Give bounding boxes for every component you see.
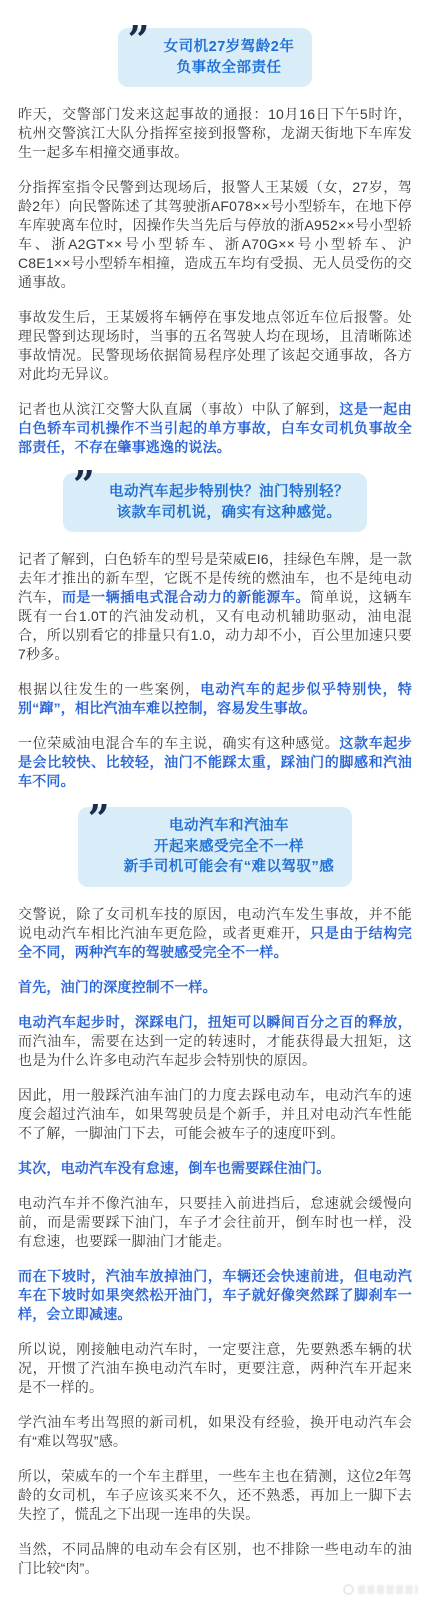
weibo-watermark-icon [343, 1584, 418, 1595]
body-text: 学汽油车考出驾照的新司机，如果没有经验，换开电动汽车会有“难以驾驭”感。 [18, 1414, 412, 1449]
paragraph: 交警说，除了女司机车技的原因，电动汽车发生事故，并不能说电动汽车相比汽油车更危险… [18, 905, 412, 962]
paragraph: 当然，不同品牌的电动车会有区别，也不排除一些电动车的油门比较“肉”。 [18, 1540, 412, 1578]
paragraph: 记者也从滨江交警大队直属（事故）中队了解到，这是一起由白色轿车司机操作不当引起的… [18, 400, 412, 457]
paragraph: 事故发生后，王某媛将车辆停在事发地点邻近车位后报警。处理民警到达现场时，当事的五… [18, 308, 412, 384]
badge-heading-line: 电动汽车起步特别快？油门特别轻？ [109, 482, 349, 503]
emphasis-text: 其次，电动汽车没有怠速，倒车也需要踩住油门。 [18, 1160, 330, 1176]
body-text: 事故发生后，王某媛将车辆停在事发地点邻近车位后报警。处理民警到达现场时，当事的五… [18, 309, 412, 382]
paragraph: 首先，油门的深度控制不一样。 [18, 978, 412, 997]
body-text: 因此，用一般踩汽油车油门的力度去踩电动车，电动汽车的速度会超过汽油车，如果驾驶员… [18, 1087, 412, 1141]
paragraph: 记者了解到，白色轿车的型号是荣威EI6，挂绿色车牌，是一款去年才推出的新车型，它… [18, 550, 412, 664]
quote-badge: ”电动汽车起步特别快？油门特别轻？该款车司机说，确实有这种感觉。 [63, 473, 367, 532]
paragraph: 学汽油车考出驾照的新司机，如果没有经验，换开电动汽车会有“难以驾驭”感。 [18, 1413, 412, 1451]
paragraph: 分指挥室指令民警到达现场后，报警人王某媛（女，27岁，驾龄2年）向民警陈述了其驾… [18, 178, 412, 292]
paragraph: 所以说，刚接触电动汽车时，一定要注意，先要熟悉车辆的状况，开惯了汽油车换电动汽车… [18, 1340, 412, 1397]
article-page: ”女司机27岁驾龄2年负事故全部责任昨天，交警部门发来这起事故的通报：10月16… [0, 0, 430, 1600]
paragraph: 所以，荣威车的一个车主群里，一些车主也在猜测，这位2年驾龄的女司机，车子应该买来… [18, 1467, 412, 1524]
body-text: 根据以往发生的一些案例， [18, 681, 200, 697]
emphasis-text: 首先，油门的深度控制不一样。 [18, 979, 217, 995]
emphasis-text: 而是一辆插电式混合动力的新能源车。 [62, 589, 310, 605]
badge-heading-line: 开起来感受完全不一样 [124, 837, 335, 858]
body-text: 分指挥室指令民警到达现场后，报警人王某媛（女，27岁，驾龄2年）向民警陈述了其驾… [18, 179, 412, 290]
quote-mark-icon: ” [128, 21, 150, 59]
quote-mark-icon: ” [88, 800, 110, 838]
paragraph: 电动汽车并不像汽油车，只要挂入前进挡后，怠速就会缓慢向前，而是需要踩下油门，车子… [18, 1194, 412, 1251]
badge-heading-line: 该款车司机说，确实有这种感觉。 [109, 503, 349, 524]
quote-badge: ”电动汽车和汽油车开起来感受完全不一样新手司机可能会有“难以驾驭”感 [78, 807, 353, 887]
emphasis-text: 而在下坡时，汽油车放掉油门，车辆还会快速前进，但电动汽车在下坡时如果突然松开油门… [18, 1268, 412, 1322]
quote-mark-icon: ” [73, 466, 95, 504]
paragraph: 其次，电动汽车没有怠速，倒车也需要踩住油门。 [18, 1159, 412, 1178]
paragraph: 因此，用一般踩汽油车油门的力度去踩电动车，电动汽车的速度会超过汽油车，如果驾驶员… [18, 1086, 412, 1143]
watermark-logo-icon [343, 1584, 354, 1595]
badge-heading-line: 负事故全部责任 [164, 58, 295, 79]
body-text: 昨天，交警部门发来这起事故的通报：10月16日下午5时许，杭州交警滨江大队分指挥… [18, 106, 412, 160]
paragraph: 一位荣威油电混合车的车主说，确实有这种感觉。这款车起步是会比较快、比较轻，油门不… [18, 734, 412, 791]
badge-heading-line: 电动汽车和汽油车 [124, 816, 335, 837]
body-text: 而汽油车，需要在达到一定的转速时，才能获得最大扭矩，这也是为什么许多电动汽车起步… [18, 1033, 412, 1068]
paragraph: 而在下坡时，汽油车放掉油门，车辆还会快速前进，但电动汽车在下坡时如果突然松开油门… [18, 1267, 412, 1324]
body-text: 当然，不同品牌的电动车会有区别，也不排除一些电动车的油门比较“肉”。 [18, 1541, 412, 1576]
emphasis-text: 电动汽车起步时，深踩电门，扭矩可以瞬间百分之百的释放， [18, 1014, 412, 1030]
paragraph: 电动汽车起步时，深踩电门，扭矩可以瞬间百分之百的释放，而汽油车，需要在达到一定的… [18, 1013, 412, 1070]
body-text: 所以说，刚接触电动汽车时，一定要注意，先要熟悉车辆的状况，开惯了汽油车换电动汽车… [18, 1341, 412, 1395]
badge-heading-line: 女司机27岁驾龄2年 [164, 37, 295, 58]
body-text: 电动汽车并不像汽油车，只要挂入前进挡后，怠速就会缓慢向前，而是需要踩下油门，车子… [18, 1195, 412, 1249]
paragraph: 昨天，交警部门发来这起事故的通报：10月16日下午5时许，杭州交警滨江大队分指挥… [18, 105, 412, 162]
quote-badge: ”女司机27岁驾龄2年负事故全部责任 [118, 28, 313, 87]
body-text: 一位荣威油电混合车的车主说，确实有这种感觉。 [18, 735, 339, 751]
article-body: ”女司机27岁驾龄2年负事故全部责任昨天，交警部门发来这起事故的通报：10月16… [18, 28, 412, 1578]
badge-heading-line: 新手司机可能会有“难以驾驭”感 [124, 857, 335, 878]
paragraph: 根据以往发生的一些案例，电动汽车的起步似乎特别快，特别“蹿”，相比汽油车难以控制… [18, 680, 412, 718]
watermark-blurred-text [358, 1585, 418, 1594]
body-text: 记者也从滨江交警大队直属（事故）中队了解到， [18, 401, 339, 417]
body-text: 所以，荣威车的一个车主群里，一些车主也在猜测，这位2年驾龄的女司机，车子应该买来… [18, 1468, 412, 1522]
